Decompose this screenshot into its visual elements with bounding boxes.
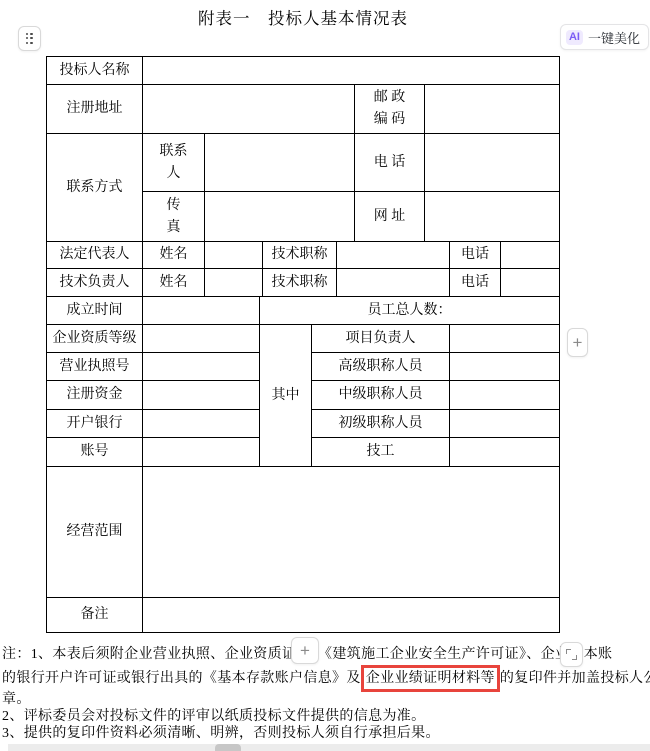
bidder-info-table: 投标人名称 注册地址 邮 政 编 码 联系方式 联系 人 电 话 传 真 网 址… [46, 56, 560, 633]
cell-founded-label: 成立时间 [47, 297, 143, 325]
cell-skilled-workers-value[interactable] [450, 438, 560, 467]
cell-senior-staff-value[interactable] [450, 353, 560, 381]
horizontal-scrollbar-track[interactable] [8, 744, 650, 751]
cell-qualification-label: 企业资质等级 [47, 325, 143, 353]
cell-total-staff-label[interactable]: 员工总人数： [260, 297, 560, 325]
cell-phone-label: 电 话 [355, 134, 425, 192]
cell-founded-value[interactable] [143, 297, 260, 325]
cell-legal-rep-tel-label: 电话 [450, 242, 501, 269]
cell-skilled-workers-label: 技工 [312, 438, 450, 467]
cell-reg-capital-value[interactable] [143, 381, 260, 410]
cell-fax-value[interactable] [205, 192, 355, 242]
plus-icon: + [300, 642, 310, 659]
cell-reg-address-label: 注册地址 [47, 85, 143, 134]
cell-contact-info-label: 联系方式 [47, 134, 143, 242]
ai-beautify-button[interactable]: AI 一键美化 [560, 24, 649, 50]
cell-bank-value[interactable] [143, 410, 260, 438]
cell-legal-rep-name-label: 姓名 [143, 242, 205, 269]
cell-license-no-label: 营业执照号 [47, 353, 143, 381]
horizontal-scrollbar-thumb[interactable] [215, 744, 241, 751]
cell-among-label: 其中 [260, 325, 312, 467]
cell-project-leader-value[interactable] [450, 325, 560, 353]
cell-junior-staff-label: 初级职称人员 [312, 410, 450, 438]
cell-postal-code-value[interactable] [425, 85, 560, 134]
cell-legal-rep-title-value[interactable] [337, 242, 450, 269]
cell-project-leader-label: 项目负责人 [312, 325, 450, 353]
cell-bidder-name-value[interactable] [143, 57, 560, 85]
expand-button[interactable] [560, 642, 583, 667]
cell-website-label: 网 址 [355, 192, 425, 242]
cell-reg-address-value[interactable] [143, 85, 355, 134]
note-line-2-post: 的复印件并加盖投标人公 [500, 671, 650, 686]
red-annotation-box: 企业业绩证明材料等 [361, 665, 500, 692]
cell-tech-lead-tel-label: 电话 [450, 269, 501, 297]
cell-website-value[interactable] [425, 192, 560, 242]
cell-business-scope-label: 经营范围 [47, 467, 143, 598]
cell-tech-lead-name-label: 姓名 [143, 269, 205, 297]
note-line-2-pre: 的银行开户许可证或银行出具的《基本存款账户信息》及 [2, 671, 361, 686]
note-line-5: 3、提供的复印件资料必须清晰、明辨，否则投标人须自行承担后果。 [2, 722, 440, 742]
cell-bank-label: 开户银行 [47, 410, 143, 438]
note-line-2: 的银行开户许可证或银行出具的《基本存款账户信息》及企业业绩证明材料等的复印件并加… [2, 667, 650, 687]
cell-fax-label: 传 真 [143, 192, 205, 242]
cell-phone-value[interactable] [425, 134, 560, 192]
page-title: 附表一 投标人基本情况表 [46, 5, 560, 29]
cell-tech-lead-title-label: 技术职称 [263, 269, 337, 297]
cell-tech-lead-title-value[interactable] [337, 269, 450, 297]
cell-postal-code-label: 邮 政 编 码 [355, 85, 425, 134]
plus-icon: + [573, 334, 583, 351]
cell-contact-person-value[interactable] [205, 134, 355, 192]
drag-handle-icon [26, 33, 34, 45]
cell-legal-rep-name-value[interactable] [205, 242, 263, 269]
cell-legal-rep-title-label: 技术职称 [263, 242, 337, 269]
cell-remarks-label: 备注 [47, 598, 143, 633]
cell-bidder-name-label: 投标人名称 [47, 57, 143, 85]
cell-legal-rep-label: 法定代表人 [47, 242, 143, 269]
expand-icon [566, 649, 577, 660]
cell-tech-lead-label: 技术负责人 [47, 269, 143, 297]
cell-contact-person-label: 联系 人 [143, 134, 205, 192]
cell-mid-staff-label: 中级职称人员 [312, 381, 450, 410]
cell-tech-lead-tel-value[interactable] [501, 269, 560, 297]
add-column-button[interactable]: + [567, 328, 588, 357]
cell-mid-staff-value[interactable] [450, 381, 560, 410]
cell-business-scope-value[interactable] [143, 467, 560, 598]
cell-qualification-value[interactable] [143, 325, 260, 353]
cell-remarks-value[interactable] [143, 598, 560, 633]
cell-account-label: 账号 [47, 438, 143, 467]
cell-reg-capital-label: 注册资金 [47, 381, 143, 410]
drag-handle-button[interactable] [18, 26, 41, 51]
editor-page: 附表一 投标人基本情况表 AI 一键美化 投标人名称 注册地址 邮 政 编 码 … [0, 0, 650, 751]
cell-license-no-value[interactable] [143, 353, 260, 381]
add-row-button[interactable]: + [291, 637, 319, 664]
cell-legal-rep-tel-value[interactable] [501, 242, 560, 269]
cell-tech-lead-name-value[interactable] [205, 269, 263, 297]
cell-junior-staff-value[interactable] [450, 410, 560, 438]
cell-account-value[interactable] [143, 438, 260, 467]
ai-badge-icon: AI [566, 30, 583, 45]
cell-senior-staff-label: 高级职称人员 [312, 353, 450, 381]
ai-beautify-label: 一键美化 [588, 28, 640, 47]
